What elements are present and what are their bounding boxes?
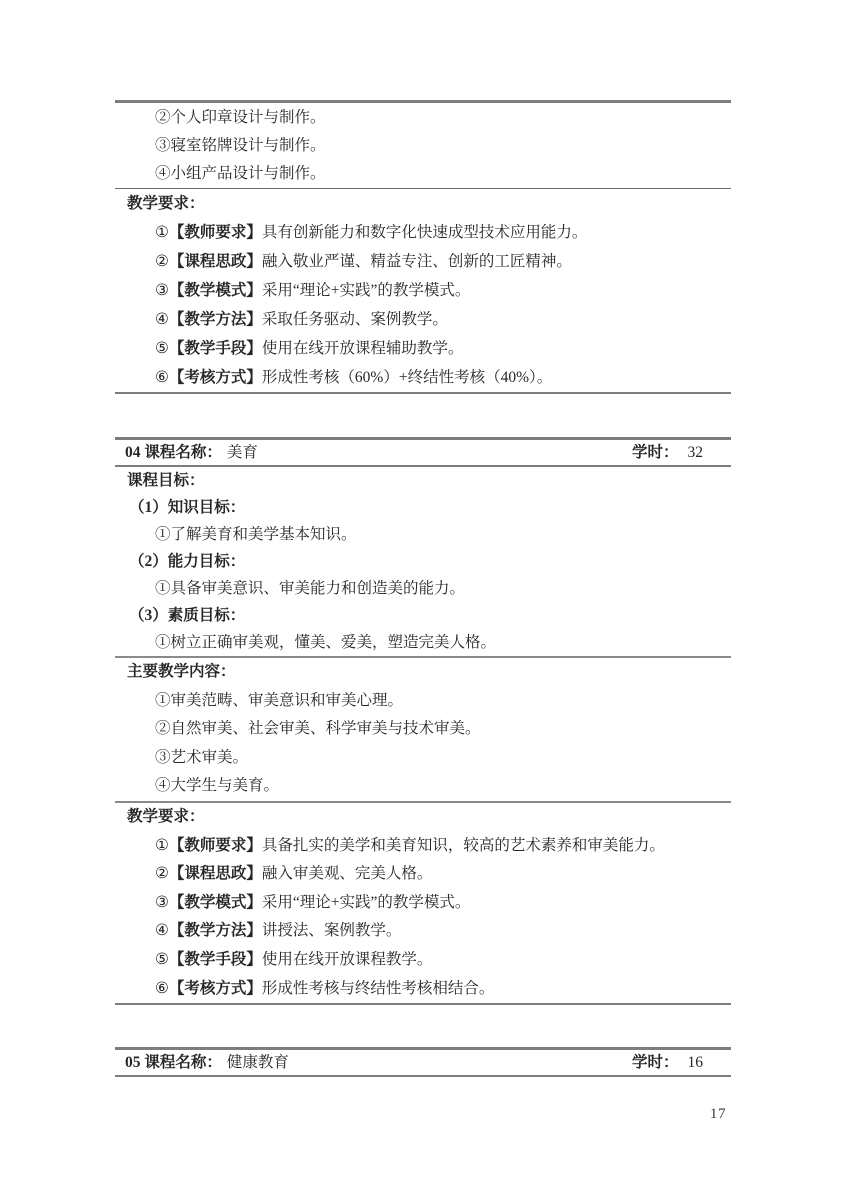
- item-number: ⑥: [155, 369, 169, 386]
- section-heading-objectives: 课程目标：: [115, 467, 731, 494]
- hours-value: 32: [688, 444, 704, 461]
- item-number: ①: [155, 837, 169, 854]
- page-number: 17: [710, 1106, 727, 1123]
- requirement-item: ⑥【考核方式】形成性考核与终结性考核相结合。: [115, 975, 731, 1004]
- item-number: ③: [155, 282, 169, 299]
- item-number: ⑥: [155, 980, 169, 997]
- requirement-text: 形成性考核与终结性考核相结合。: [262, 980, 495, 997]
- content-items-row: ②个人印章设计与制作。 ③寝室铭牌设计与制作。 ④小组产品设计与制作。: [115, 103, 731, 188]
- item-number: ②: [155, 865, 169, 882]
- requirement-tag: 【课程思政】: [169, 865, 262, 882]
- requirement-text: 具备扎实的美学和美育知识，较高的艺术素养和审美能力。: [262, 837, 665, 854]
- requirement-item: ①【教师要求】具备扎实的美学和美育知识，较高的艺术素养和审美能力。: [115, 832, 731, 861]
- objective-item: ①了解美育和美学基本知识。: [115, 521, 731, 548]
- requirement-tag: 【教学手段】: [169, 340, 262, 357]
- course-name: 健康教育: [227, 1054, 289, 1071]
- requirement-item: ⑤【教学手段】使用在线开放课程教学。: [115, 946, 731, 975]
- objective-heading: （2）能力目标：: [115, 548, 731, 575]
- content-item: ①审美范畴、审美意识和审美心理。: [115, 687, 731, 716]
- hours-label: 学时：: [632, 1054, 679, 1071]
- item-number: ④: [155, 311, 169, 328]
- course-title: 04 课程名称：美育: [125, 440, 258, 465]
- course-03-section-continued: ②个人印章设计与制作。 ③寝室铭牌设计与制作。 ④小组产品设计与制作。 教学要求…: [115, 100, 731, 394]
- course-number-label: 05 课程名称：: [125, 1054, 222, 1071]
- requirement-text: 具有创新能力和数字化快速成型技术应用能力。: [262, 224, 588, 241]
- hours-label: 学时：: [632, 444, 679, 461]
- item-number: ①: [155, 224, 169, 241]
- course-05-header: 05 课程名称：健康教育 学时：16: [115, 1050, 731, 1075]
- content-item: ④小组产品设计与制作。: [115, 160, 731, 188]
- requirement-tag: 【教学模式】: [169, 282, 262, 299]
- course-name: 美育: [227, 444, 258, 461]
- teaching-requirements-row: 教学要求： ①【教师要求】具备扎实的美学和美育知识，较高的艺术素养和审美能力。 …: [115, 801, 731, 1003]
- content-item: ③艺术审美。: [115, 744, 731, 773]
- requirement-item: ②【课程思政】融入敬业严谨、精益专注、创新的工匠精神。: [115, 247, 731, 276]
- course-number-label: 04 课程名称：: [125, 444, 222, 461]
- requirement-text: 融入审美观、完美人格。: [262, 865, 433, 882]
- teaching-content-row: 主要教学内容： ①审美范畴、审美意识和审美心理。 ②自然审美、社会审美、科学审美…: [115, 656, 731, 801]
- objective-item: ①具备审美意识、审美能力和创造美的能力。: [115, 575, 731, 602]
- section-heading-requirements: 教学要求：: [115, 803, 731, 832]
- course-title: 05 课程名称：健康教育: [125, 1050, 289, 1075]
- requirement-text: 融入敬业严谨、精益专注、创新的工匠精神。: [262, 253, 572, 270]
- item-number: ⑤: [155, 340, 169, 357]
- requirement-tag: 【教学方法】: [169, 922, 262, 939]
- item-number: ④: [155, 922, 169, 939]
- page-content: ②个人印章设计与制作。 ③寝室铭牌设计与制作。 ④小组产品设计与制作。 教学要求…: [115, 0, 731, 1077]
- content-item: ④大学生与美育。: [115, 772, 731, 801]
- requirement-tag: 【考核方式】: [169, 369, 262, 386]
- requirement-tag: 【教师要求】: [169, 224, 262, 241]
- requirement-item: ②【课程思政】融入审美观、完美人格。: [115, 860, 731, 889]
- requirement-text: 形成性考核（60%）+终结性考核（40%）。: [262, 369, 552, 386]
- requirement-text: 采用“理论+实践”的教学模式。: [262, 282, 471, 299]
- requirement-tag: 【教学手段】: [169, 951, 262, 968]
- requirement-item: ④【教学方法】讲授法、案例教学。: [115, 917, 731, 946]
- course-hours: 学时：32: [632, 440, 703, 465]
- requirement-item: ⑥【考核方式】形成性考核（60%）+终结性考核（40%）。: [115, 363, 731, 392]
- requirement-item: ③【教学模式】采用“理论+实践”的教学模式。: [115, 276, 731, 305]
- section-heading-content: 主要教学内容：: [115, 658, 731, 687]
- hours-value: 16: [688, 1054, 704, 1071]
- requirement-item: ④【教学方法】采取任务驱动、案例教学。: [115, 305, 731, 334]
- course-04-section: 04 课程名称：美育 学时：32 课程目标： （1）知识目标： ①了解美育和美学…: [115, 437, 731, 1005]
- requirement-tag: 【教师要求】: [169, 837, 262, 854]
- requirement-tag: 【教学方法】: [169, 311, 262, 328]
- objective-item: ①树立正确审美观，懂美、爱美，塑造完美人格。: [115, 629, 731, 656]
- requirement-tag: 【考核方式】: [169, 980, 262, 997]
- course-05-section: 05 课程名称：健康教育 学时：16: [115, 1047, 731, 1077]
- objective-heading: （3）素质目标：: [115, 602, 731, 629]
- course-hours: 学时：16: [632, 1050, 703, 1075]
- content-item: ③寝室铭牌设计与制作。: [115, 132, 731, 160]
- requirement-text: 使用在线开放课程辅助教学。: [262, 340, 464, 357]
- course-04-header: 04 课程名称：美育 学时：32: [115, 440, 731, 467]
- content-item: ②个人印章设计与制作。: [115, 104, 731, 132]
- requirement-text: 使用在线开放课程教学。: [262, 951, 433, 968]
- item-number: ③: [155, 894, 169, 911]
- document-page: ②个人印章设计与制作。 ③寝室铭牌设计与制作。 ④小组产品设计与制作。 教学要求…: [0, 0, 850, 1202]
- teaching-requirements-row: 教学要求： ①【教师要求】具有创新能力和数字化快速成型技术应用能力。 ②【课程思…: [115, 188, 731, 392]
- requirement-text: 讲授法、案例教学。: [262, 922, 402, 939]
- requirement-item: ⑤【教学手段】使用在线开放课程辅助教学。: [115, 334, 731, 363]
- content-item: ②自然审美、社会审美、科学审美与技术审美。: [115, 715, 731, 744]
- item-number: ②: [155, 253, 169, 270]
- requirement-item: ①【教师要求】具有创新能力和数字化快速成型技术应用能力。: [115, 218, 731, 247]
- requirement-text: 采用“理论+实践”的教学模式。: [262, 894, 471, 911]
- requirement-tag: 【教学模式】: [169, 894, 262, 911]
- item-number: ⑤: [155, 951, 169, 968]
- course-objectives-row: 课程目标： （1）知识目标： ①了解美育和美学基本知识。 （2）能力目标： ①具…: [115, 467, 731, 656]
- requirement-item: ③【教学模式】采用“理论+实践”的教学模式。: [115, 889, 731, 918]
- section-heading-requirements: 教学要求：: [115, 189, 731, 218]
- objective-heading: （1）知识目标：: [115, 494, 731, 521]
- requirement-text: 采取任务驱动、案例教学。: [262, 311, 448, 328]
- requirement-tag: 【课程思政】: [169, 253, 262, 270]
